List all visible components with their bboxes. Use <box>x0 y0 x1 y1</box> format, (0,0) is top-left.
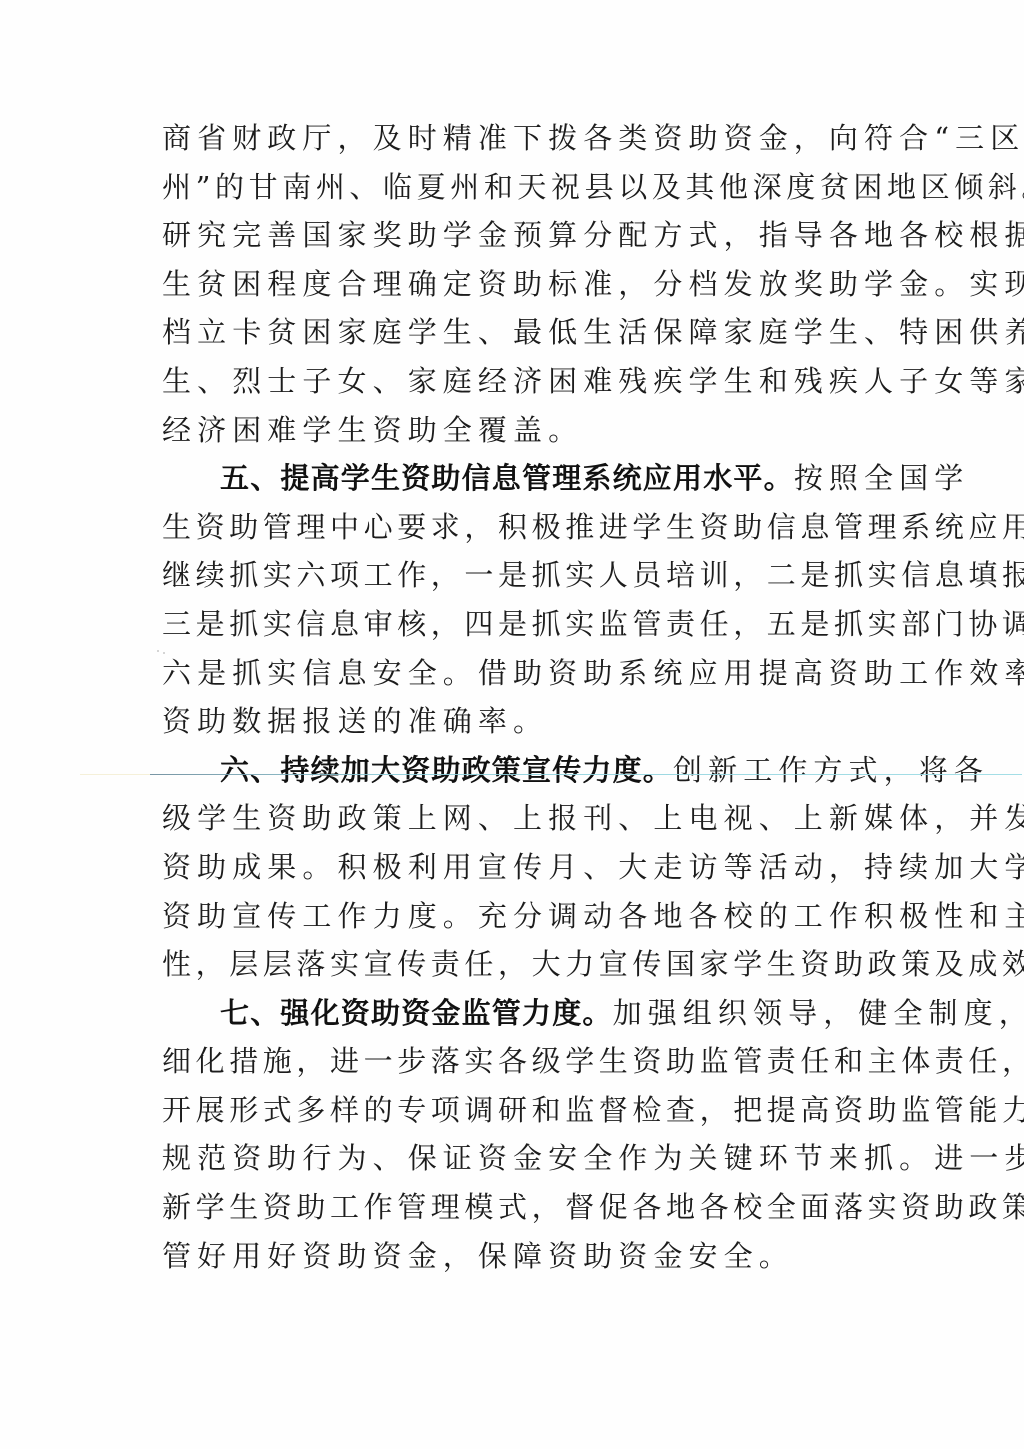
text-line: 资助成果。积极利用宣传月、大走访等活动，持续加大学生 <box>162 843 882 892</box>
document-page: 商省财政厅，及时精准下拨各类资助资金，向符合“三区三 州”的甘南州、临夏州和天祝… <box>0 0 1024 1449</box>
text-line: 开展形式多样的专项调研和监督检查，把提高资助监管能力、 <box>162 1086 882 1135</box>
section-heading-line: 六、持续加大资助政策宣传力度。创新工作方式，将各 <box>162 746 882 795</box>
text-line: 州”的甘南州、临夏州和天祝县以及其他深度贫困地区倾斜。 <box>162 163 882 212</box>
scan-artifact-line-faint <box>80 774 150 775</box>
text-line: 三是抓实信息审核，四是抓实监管责任，五是抓实部门协调， <box>162 600 882 649</box>
section-heading: 五、提高学生资助信息管理系统应用水平。 <box>220 461 794 495</box>
section-heading: 六、持续加大资助政策宣传力度。 <box>220 753 673 787</box>
section-five: 五、提高学生资助信息管理系统应用水平。按照全国学 生资助管理中心要求，积极推进学… <box>162 454 882 746</box>
text-line: 资助宣传工作力度。充分调动各地各校的工作积极性和主动 <box>162 892 882 941</box>
text-line: 生资助管理中心要求，积极推进学生资助信息管理系统应用。 <box>162 503 882 552</box>
text-line: 档立卡贫困家庭学生、最低生活保障家庭学生、特困供养学 <box>162 308 882 357</box>
scan-artifact-line <box>150 774 1022 775</box>
text-line: 资助数据报送的准确率。 <box>162 697 882 746</box>
section-six: 六、持续加大资助政策宣传力度。创新工作方式，将各 级学生资助政策上网、上报刊、上… <box>162 746 882 989</box>
text-line: 经济困难学生资助全覆盖。 <box>162 406 882 455</box>
text-line: 性，层层落实宣传责任，大力宣传国家学生资助政策及成效。 <box>162 940 882 989</box>
text-line: 六是抓实信息安全。借助资助系统应用提高资助工作效率和 <box>162 649 882 698</box>
section-heading-line: 七、强化资助资金监管力度。加强组织领导，健全制度， <box>162 989 882 1038</box>
scan-speck <box>163 652 165 654</box>
text-line: 新学生资助工作管理模式，督促各地各校全面落实资助政策， <box>162 1183 882 1232</box>
section-heading-rest: 加强组织领导，健全制度， <box>613 996 1024 1030</box>
section-heading-rest: 按照全国学 <box>794 461 970 495</box>
section-heading: 七、强化资助资金监管力度。 <box>220 996 613 1030</box>
text-line: 生贫困程度合理确定资助标准，分档发放奖助学金。实现建 <box>162 260 882 309</box>
text-line: 管好用好资助资金，保障资助资金安全。 <box>162 1232 882 1281</box>
document-body: 商省财政厅，及时精准下拨各类资助资金，向符合“三区三 州”的甘南州、临夏州和天祝… <box>162 114 882 1280</box>
text-line: 生、烈士子女、家庭经济困难残疾学生和残疾人子女等家庭 <box>162 357 882 406</box>
section-heading-line: 五、提高学生资助信息管理系统应用水平。按照全国学 <box>162 454 882 503</box>
section-heading-rest: 创新工作方式，将各 <box>673 753 989 787</box>
text-line: 继续抓实六项工作，一是抓实人员培训，二是抓实信息填报， <box>162 551 882 600</box>
text-line: 研究完善国家奖助学金预算分配方式，指导各地各校根据学 <box>162 211 882 260</box>
scan-speck <box>157 650 159 652</box>
text-line: 规范资助行为、保证资金安全作为关键环节来抓。进一步创 <box>162 1134 882 1183</box>
section-seven: 七、强化资助资金监管力度。加强组织领导，健全制度， 细化措施，进一步落实各级学生… <box>162 989 882 1281</box>
text-line: 细化措施，进一步落实各级学生资助监管责任和主体责任， <box>162 1037 882 1086</box>
text-line: 商省财政厅，及时精准下拨各类资助资金，向符合“三区三 <box>162 114 882 163</box>
text-line: 级学生资助政策上网、上报刊、上电视、上新媒体，并发布 <box>162 794 882 843</box>
